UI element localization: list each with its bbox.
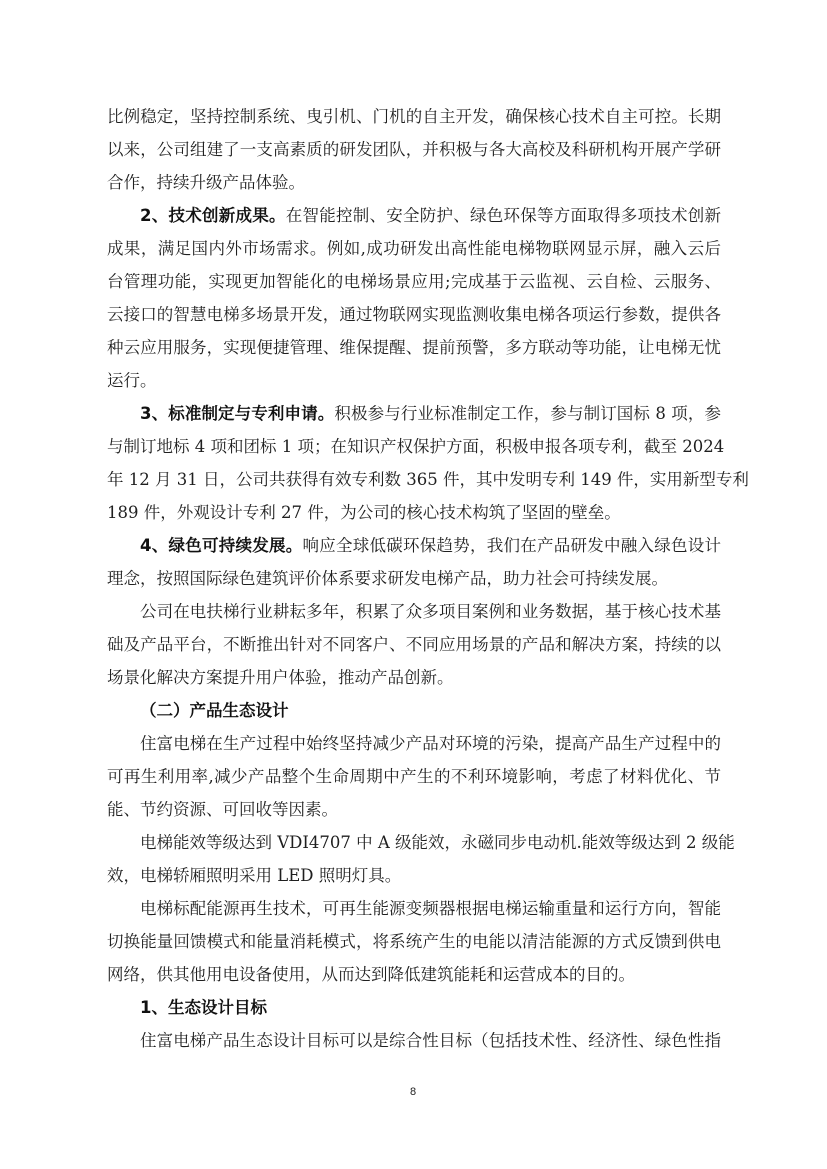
paragraph-lead-title: 2、技术创新成果。 [140, 206, 286, 225]
paragraph-lead-title: 3、标准制定与专利申请。 [140, 404, 334, 423]
text-line: 能、节约资源、可回收等因素。 [107, 793, 721, 826]
text-line: 电梯能效等级达到 VDI4707 中 A 级能效，永磁同步电动机.能效等级达到 … [107, 826, 721, 859]
paragraph-standards-patents: 3、标准制定与专利申请。积极参与行业标准制定工作，参与制订国标 8 项，参 与制… [107, 397, 721, 529]
text-line: 础及产品平台，不断推出针对不同客户、不同应用场景的产品和解决方案，持续的以 [107, 628, 721, 661]
text-line: 理念，按照国际绿色建筑评价体系要求研发电梯产品，助力社会可持续发展。 [107, 562, 721, 595]
text-line: 电梯标配能源再生技术，可再生能源变频器根据电梯运输重量和运行方向，智能 [107, 892, 721, 925]
text-line: 云接口的智慧电梯多场景开发，通过物联网实现监测收集电梯各项运行参数，提供各 [107, 298, 721, 331]
paragraph-eco-design-goals: 住富电梯产品生态设计目标可以是综合性目标（包括技术性、经济性、绿色性指 [107, 1024, 721, 1057]
paragraph-rd-team: 比例稳定，坚持控制系统、曳引机、门机的自主开发，确保核心技术自主可控。长期 以来… [107, 100, 721, 199]
paragraph-pollution-reduction: 住富电梯在生产过程中始终坚持减少产品对环境的污染，提高产品生产过程中的 可再生利… [107, 727, 721, 826]
paragraph-energy-regeneration: 电梯标配能源再生技术，可再生能源变频器根据电梯运输重量和运行方向，智能 切换能量… [107, 892, 721, 991]
section-heading-eco-design: （二）产品生态设计 [107, 694, 721, 727]
text-line: 公司在电扶梯行业耕耘多年，积累了众多项目案例和业务数据，基于核心技术基 [107, 595, 721, 628]
text-line: 2、技术创新成果。在智能控制、安全防护、绿色环保等方面取得多项技术创新 [107, 199, 721, 232]
text-line: 以来，公司组建了一支高素质的研发团队，并积极与各大高校及科研机构开展产学研 [107, 133, 721, 166]
text-line: 场景化解决方案提升用户体验，推动产品创新。 [107, 661, 721, 694]
text-line: 住富电梯在生产过程中始终坚持减少产品对环境的污染，提高产品生产过程中的 [107, 727, 721, 760]
paragraph-green-sustainability: 4、绿色可持续发展。响应全球低碳环保趋势，我们在产品研发中融入绿色设计 理念，按… [107, 529, 721, 595]
text-line: 网络，供其他用电设备使用，从而达到降低建筑能耗和运营成本的目的。 [107, 958, 721, 991]
text-line: 合作，持续升级产品体验。 [107, 166, 721, 199]
page-number: 8 [400, 1084, 426, 1100]
text-span: 响应全球低碳环保趋势，我们在产品研发中融入绿色设计 [303, 536, 722, 555]
text-span: 积极参与行业标准制定工作，参与制订国标 8 项，参 [334, 404, 721, 423]
paragraph-tech-innovation: 2、技术创新成果。在智能控制、安全防护、绿色环保等方面取得多项技术创新 成果，满… [107, 199, 721, 397]
text-line: 效，电梯轿厢照明采用 LED 照明灯具。 [107, 859, 721, 892]
text-line: 与制订地标 4 项和团标 1 项；在知识产权保护方面，积极申报各项专利，截至 2… [107, 430, 721, 463]
text-line: 住富电梯产品生态设计目标可以是综合性目标（包括技术性、经济性、绿色性指 [107, 1024, 721, 1057]
text-line: 台管理功能，实现更加智能化的电梯场景应用;完成基于云监视、云自检、云服务、 [107, 265, 721, 298]
text-line: 3、标准制定与专利申请。积极参与行业标准制定工作，参与制订国标 8 项，参 [107, 397, 721, 430]
text-line: 年 12 月 31 日，公司共获得有效专利数 365 件，其中发明专利 149 … [107, 463, 721, 496]
text-line: 可再生利用率,减少产品整个生命周期中产生的不利环境影响，考虑了材料优化、节 [107, 760, 721, 793]
document-page-body: 比例稳定，坚持控制系统、曳引机、门机的自主开发，确保核心技术自主可控。长期 以来… [107, 100, 721, 1057]
text-span: 在智能控制、安全防护、绿色环保等方面取得多项技术创新 [286, 206, 721, 225]
text-line: 运行。 [107, 364, 721, 397]
paragraph-energy-efficiency: 电梯能效等级达到 VDI4707 中 A 级能效，永磁同步电动机.能效等级达到 … [107, 826, 721, 892]
text-line: 189 件，外观设计专利 27 件，为公司的核心技术构筑了坚固的壁垒。 [107, 496, 721, 529]
text-line: 比例稳定，坚持控制系统、曳引机、门机的自主开发，确保核心技术自主可控。长期 [107, 100, 721, 133]
text-line: 成果，满足国内外市场需求。例如,成功研发出高性能电梯物联网显示屏，融入云后 [107, 232, 721, 265]
paragraph-lead-title: 4、绿色可持续发展。 [140, 536, 303, 555]
text-line: 4、绿色可持续发展。响应全球低碳环保趋势，我们在产品研发中融入绿色设计 [107, 529, 721, 562]
text-line: 切换能量回馈模式和能量消耗模式，将系统产生的电能以清洁能源的方式反馈到供电 [107, 925, 721, 958]
text-line: 种云应用服务，实现便捷管理、维保提醒、提前预警，多方联动等功能，让电梯无忧 [107, 331, 721, 364]
subheading-eco-design-goals: 1、生态设计目标 [107, 991, 721, 1024]
paragraph-industry-experience: 公司在电扶梯行业耕耘多年，积累了众多项目案例和业务数据，基于核心技术基 础及产品… [107, 595, 721, 694]
